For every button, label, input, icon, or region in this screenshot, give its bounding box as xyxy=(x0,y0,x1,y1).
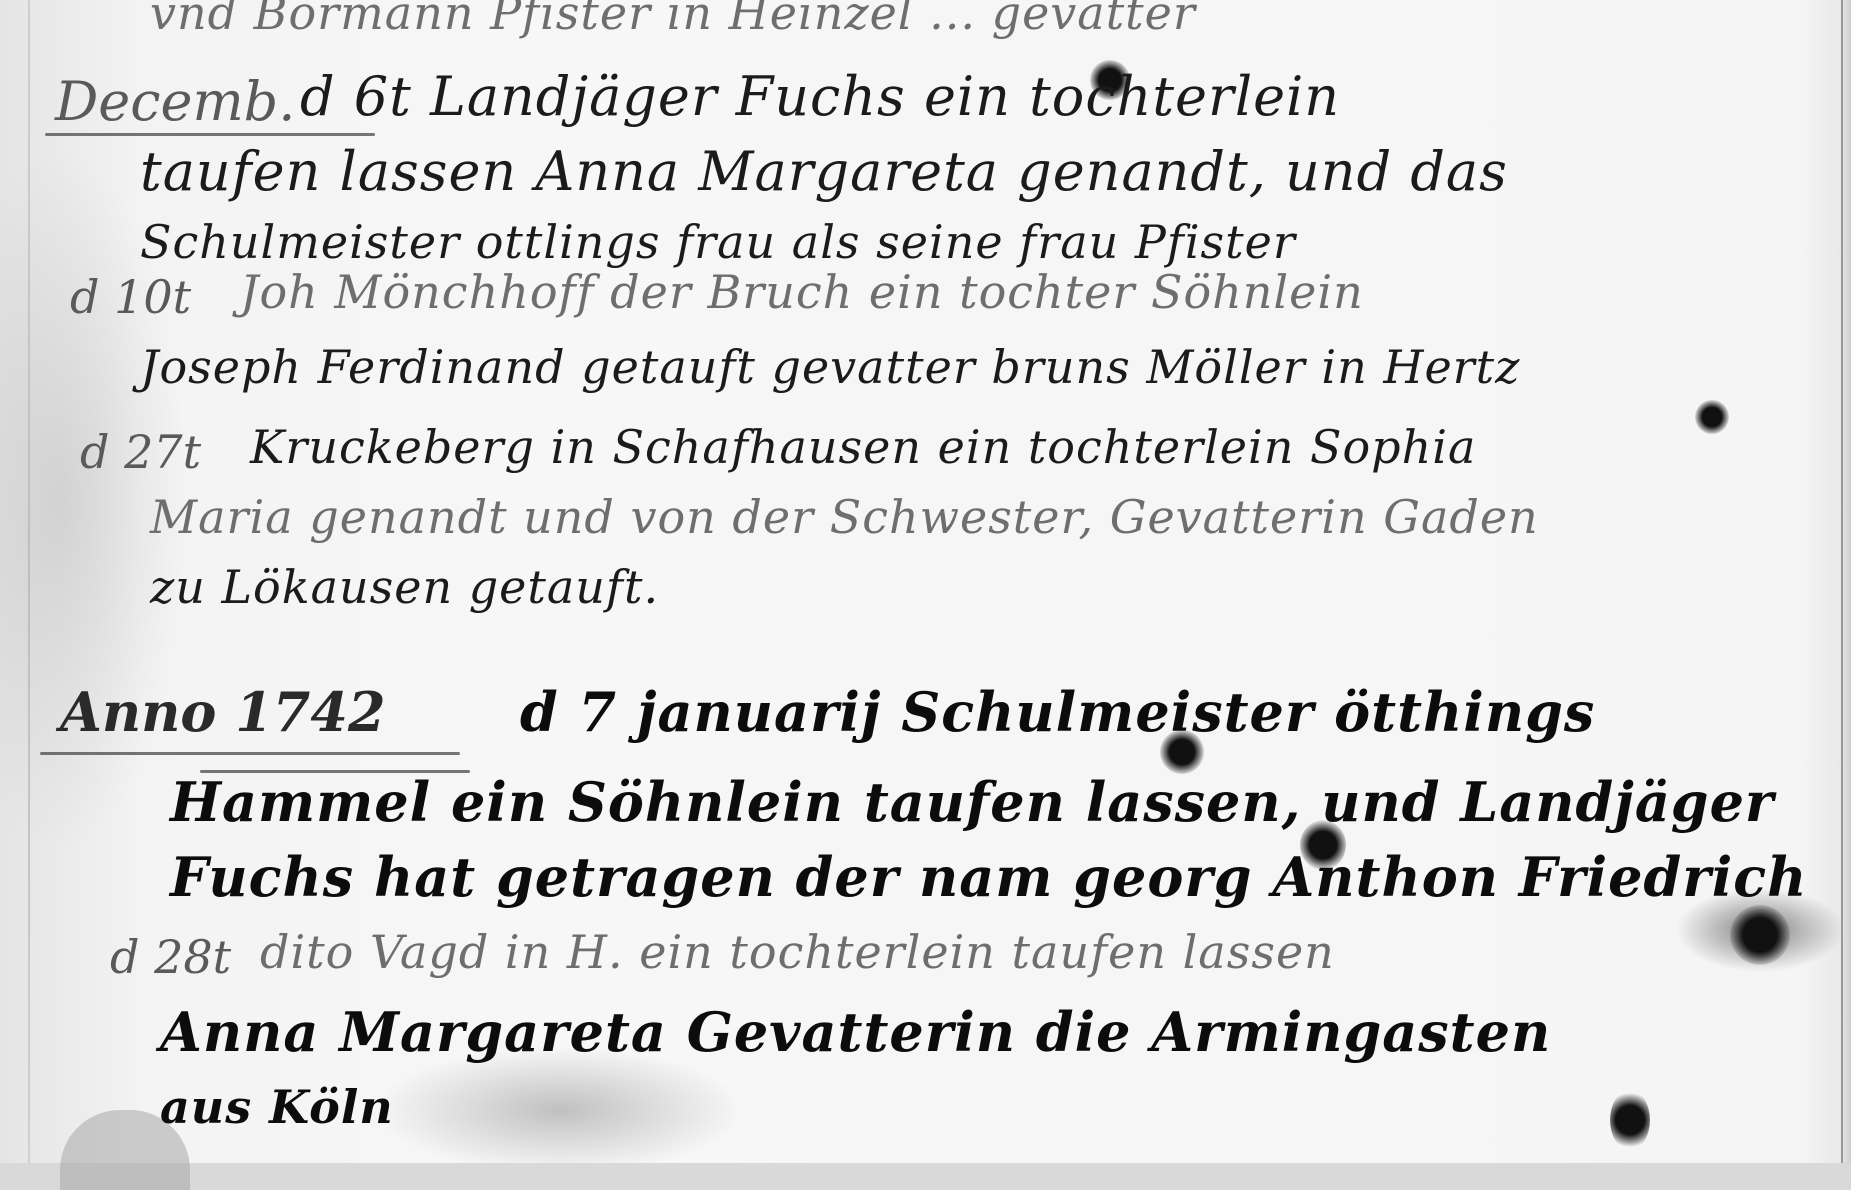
register-line-3: Schulmeister ottlings frau als seine fra… xyxy=(140,215,1296,269)
register-line-11: Fuchs hat getragen der nam georg Anthon … xyxy=(170,845,1807,909)
ink-blot xyxy=(1695,400,1729,434)
register-line-14: aus Köln xyxy=(160,1080,394,1134)
year-margin-note: Anno 1742 xyxy=(60,680,386,744)
register-line-8: zu Lökausen getauft. xyxy=(150,560,659,614)
register-line-6: Kruckeberg in Schafhausen ein tochterlei… xyxy=(250,420,1476,474)
day-margin-note: d 28t xyxy=(110,930,231,984)
page-edge xyxy=(1841,0,1843,1163)
register-line-0: vnd Bormann Pfister in Heinzel ... gevat… xyxy=(150,0,1196,40)
year-underline xyxy=(40,752,460,755)
register-line-7: Maria genandt und von der Schwester, Gev… xyxy=(150,490,1539,544)
register-line-9: d 7 januarij Schulmeister ötthings xyxy=(520,680,1595,744)
ink-blot xyxy=(1610,1090,1650,1150)
day-margin-note: d 27t xyxy=(80,425,201,479)
month-margin-note: Decemb. xyxy=(55,70,295,133)
register-line-13: Anna Margareta Gevatterin die Armingaste… xyxy=(160,1000,1551,1064)
ink-blot xyxy=(1730,905,1790,965)
binding-fold xyxy=(28,0,30,1163)
register-line-2: taufen lassen Anna Margareta genandt, un… xyxy=(140,140,1508,203)
day-margin-note: d 10t xyxy=(70,270,191,324)
month-underline xyxy=(45,133,375,136)
register-line-1: d 6t Landjäger Fuchs ein tochterlein xyxy=(300,65,1340,128)
register-page-scan: vnd Bormann Pfister in Heinzel ... gevat… xyxy=(0,0,1851,1163)
register-line-12: dito Vagd in H. ein tochterlein taufen l… xyxy=(260,925,1335,979)
register-line-4: Joh Mönchhoff der Bruch ein tochter Söhn… xyxy=(240,265,1364,319)
register-line-5: Joseph Ferdinand getauft gevatter bruns … xyxy=(140,340,1520,394)
register-line-10: Hammel ein Söhnlein taufen lassen, und L… xyxy=(170,770,1774,834)
